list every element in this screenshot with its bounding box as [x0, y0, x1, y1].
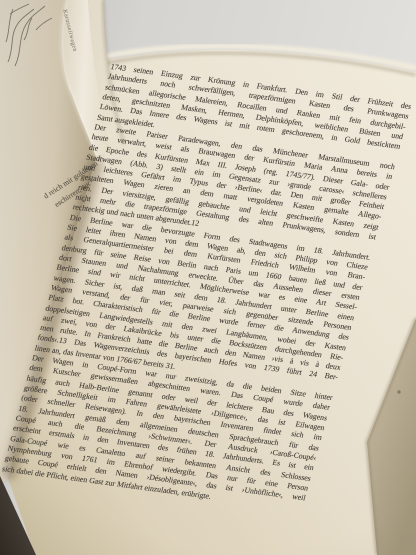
book-photo: Karussellwagen d reich mit goldenen Gesc… [0, 0, 416, 555]
paper-speck [397, 390, 400, 393]
